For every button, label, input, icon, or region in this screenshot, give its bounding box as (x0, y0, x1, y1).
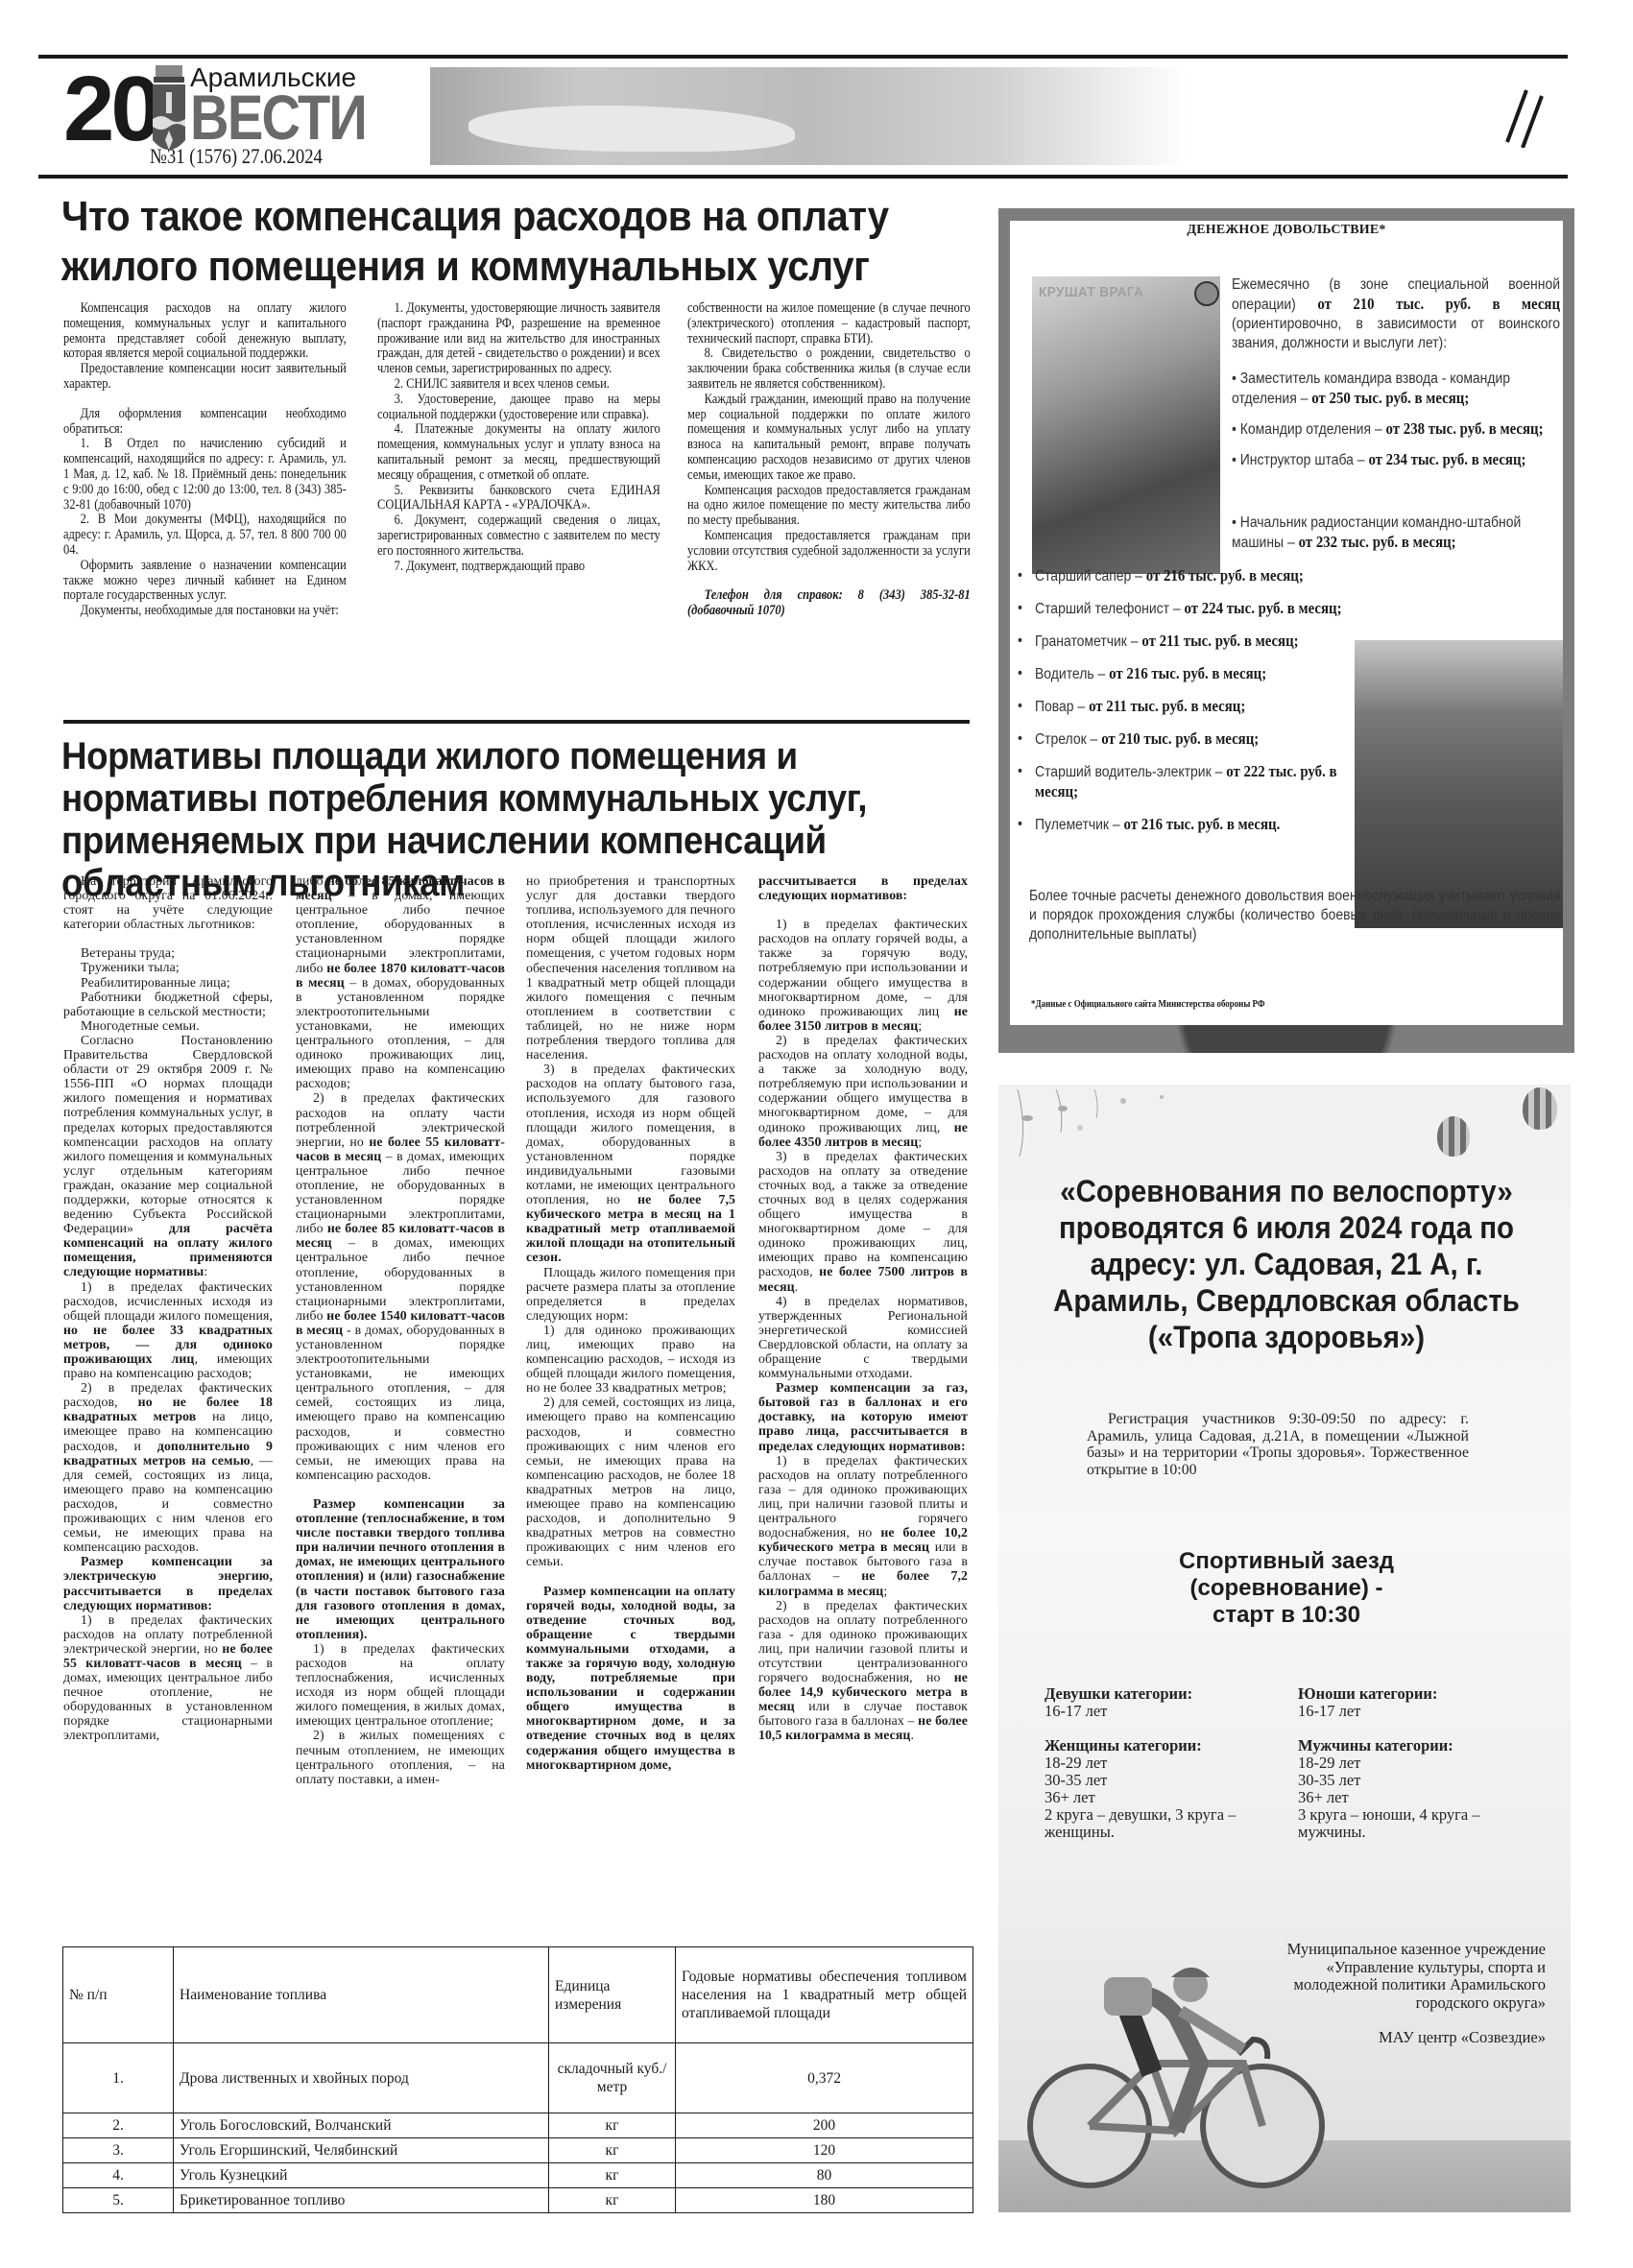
paragraph: 3. Удостоверение, дающее право на меры с… (377, 393, 660, 423)
article2-col1: На территории Арамильского городского ок… (63, 873, 273, 1743)
pay-item: Старший водитель-электрик – от 222 тыс. … (1018, 762, 1346, 802)
masthead-top-rule (38, 55, 1568, 59)
race-start-info: Спортивный заезд (соревнование) - старт … (1018, 1548, 1555, 1629)
section-divider (63, 720, 970, 724)
event-title: «Соревнования по велоспорту» проводятся … (1039, 1173, 1533, 1355)
phone-info: Телефон для справок: 8 (343) 385-32-81 (… (687, 588, 971, 619)
pay-item-radio-station: • Начальник радиостанции командно-штабно… (1232, 513, 1560, 553)
article1-col1: Компенсация расходов на оплату жилого по… (63, 301, 347, 619)
paragraph: 1. Документы, удостоверяющие личность за… (377, 301, 660, 377)
paragraph: 3) в пределах фактических расходов на оп… (758, 1149, 968, 1294)
category-item: Реабилитированные лица; (63, 975, 273, 990)
paragraph: Компенсация предоставляется гражданам пр… (687, 529, 971, 574)
paragraph: На территории Арамильского городского ок… (63, 873, 273, 931)
paragraph: 1) в пределах фактических расходов на оп… (63, 1612, 273, 1743)
paragraph: 1) в пределах фактических расходов на оп… (758, 1453, 968, 1598)
hot-air-balloon-icon (1437, 1116, 1470, 1157)
ad-footnote: *Данные с Официального сайта Министерств… (1031, 999, 1264, 1010)
article2-col3: но приобретения и транспортных услуг для… (526, 873, 735, 1772)
table-row: 5. Брикетированное топливо кг 180 (63, 2188, 973, 2213)
soldiers-photo (1032, 276, 1220, 574)
paragraph: Площадь жилого помещения при расчете раз… (526, 1265, 735, 1323)
table-header-row: № п/п Наименование топлива Единица измер… (63, 1947, 973, 2043)
pay-item: Повар – от 211 тыс. руб. в месяц; (1018, 697, 1346, 717)
masthead-bottom-rule (38, 175, 1568, 179)
paragraph: 1) для одиноко проживающих лиц, имеющих … (526, 1323, 735, 1395)
table-row: 2. Уголь Богословский, Волчанский кг 200 (63, 2113, 973, 2138)
paragraph: Для оформления компенсации необходимо об… (63, 407, 347, 438)
article2-col4: рассчитывается в пределах следующих норм… (758, 873, 968, 1743)
paragraph: 1) в пределах фактических расходов на оп… (296, 1641, 505, 1729)
pay-item: Водитель – от 216 тыс. руб. в месяц; (1018, 664, 1346, 684)
header-number: № п/п (63, 1947, 174, 2043)
paragraph: 5. Реквизиты банковского счета ЕДИНАЯ СО… (377, 484, 660, 514)
paper-name-main: ВЕСТИ (190, 88, 366, 146)
table-row: 4. Уголь Кузнецкий кг 80 (63, 2163, 973, 2188)
double-slash-icon (1505, 88, 1544, 148)
header-fuel-name: Наименование топлива (174, 1947, 549, 2043)
pay-item: Пулеметчик – от 216 тыс. руб. в месяц. (1018, 815, 1346, 835)
subheading: рассчитывается в пределах следующих норм… (758, 873, 968, 902)
subheading: Размер компенсации за электрическую энер… (63, 1554, 273, 1611)
paragraph: 4. Платежные документы на оплату жилого … (377, 422, 660, 483)
paragraph: 3) в пределах фактических расходов на оп… (526, 1062, 735, 1264)
paragraph: 4) в пределах нормативов, утвержденных Р… (758, 1294, 968, 1381)
article1-headline: Что такое компенсация расходов на оплату… (61, 192, 909, 292)
paragraph: 7. Документ, подтверждающий право (377, 560, 660, 575)
pay-item: • Инструктор штаба – от 234 тыс. руб. в … (1232, 450, 1556, 470)
paragraph: 2) в пределах фактических расходов, но н… (63, 1380, 273, 1554)
organizer-info: Муниципальное казенное учреждение «Управ… (1258, 1941, 1546, 2047)
paragraph: 2. В Мои документы (МФЦ), находящийся по… (63, 513, 347, 558)
paragraph: собственности на жилое помещение (в случ… (687, 301, 971, 346)
categories-male: Юноши категории: 16-17 лет Мужчины катег… (1298, 1685, 1538, 1841)
category-item: Ветераны труда; (63, 945, 273, 960)
category-item: Труженики тыла; (63, 960, 273, 974)
paragraph: 2. СНИЛС заявителя и всех членов семьи. (377, 377, 660, 393)
pay-item: Старший телефонист – от 224 тыс. руб. в … (1018, 599, 1346, 619)
paragraph: Документы, необходимые для постановки на… (63, 604, 347, 619)
fuel-norms-table: № п/п Наименование топлива Единица измер… (62, 1946, 973, 2213)
subheading: Размер компенсации на оплату горячей вод… (526, 1584, 735, 1772)
paragraph: 2) в пределах фактических расходов на оп… (296, 1090, 505, 1482)
article1-col2: 1. Документы, удостоверяющие личность за… (377, 301, 660, 574)
ad-note: Более точные расчеты денежного довольств… (1029, 887, 1561, 944)
flower-branches-icon (1008, 1089, 1238, 1157)
hot-air-balloon-icon (1523, 1087, 1557, 1130)
paragraph: 2) для семей, состоящих из лица, имеющег… (526, 1395, 735, 1568)
pay-item: Гранатометчик – от 211 тыс. руб. в месяц… (1018, 632, 1346, 652)
header-annual-norm: Годовые нормативы обеспечения топливом н… (676, 1947, 973, 2043)
soldier-photo (1355, 640, 1563, 928)
article1-col3: собственности на жилое помещение (в случ… (687, 301, 971, 619)
categories-female: Девушки категории: 16-17 лет Женщины кат… (1045, 1685, 1285, 1841)
subheading: Размер компенсации за отопление (теплосн… (296, 1496, 505, 1641)
table-row: 3. Уголь Егоршинский, Челябинский кг 120 (63, 2138, 973, 2163)
issue-number-date: №31 (1576) 27.06.2024 (150, 144, 323, 169)
paragraph: либо не более 85 киловатт-часов в месяц … (296, 873, 505, 1090)
pay-item: Старший сапер – от 216 тыс. руб. в месяц… (1018, 566, 1346, 586)
page-number: 20 (63, 63, 158, 155)
registration-info: Регистрация участников 9:30-09:50 по адр… (1087, 1411, 1469, 1478)
paragraph: 2) в пределах фактических расходов на оп… (758, 1598, 968, 1743)
paragraph: Предоставление компенсации носит заявите… (63, 362, 347, 393)
pay-item: • Командир отделения – от 238 тыс. руб. … (1232, 419, 1556, 440)
paragraph: Компенсация расходов на оплату жилого по… (63, 301, 347, 362)
paragraph: 1) в пределах фактических расходов на оп… (758, 917, 968, 1033)
paragraph: Согласно Постановлению Правительства Све… (63, 1033, 273, 1279)
paragraph: 1. В Отдел по начислению субсидий и комп… (63, 437, 347, 513)
pay-list-bottom: Старший сапер – от 216 тыс. руб. в месяц… (1018, 566, 1346, 848)
paragraph: 6. Документ, содержащий сведения о лицах… (377, 513, 660, 559)
ad-intro: Ежемесячно (в зоне специальной военной о… (1232, 275, 1560, 353)
photo-caption: КРУШАТ ВРАГА (1039, 284, 1143, 300)
subheading: Размер компенсации за газ, бытовой газ в… (758, 1380, 968, 1452)
pay-item: • Заместитель командира взвода - команди… (1232, 370, 1556, 409)
paragraph: 2) в пределах фактических расходов на оп… (758, 1033, 968, 1149)
article2-col2: либо не более 85 киловатт-часов в месяц … (296, 873, 505, 1786)
paragraph: но приобретения и транспортных услуг для… (526, 873, 735, 1062)
paragraph: 8. Свидетельство о рождении, свидетельст… (687, 346, 971, 392)
pay-list-top: • Заместитель командира взвода - команди… (1232, 370, 1556, 481)
category-item: Работники бюджетной сферы, работающие в … (63, 990, 273, 1018)
ad-title: ДЕНЕЖНОЕ ДОВОЛЬСТВИЕ* (1010, 223, 1563, 238)
paragraph: Компенсация расходов предоставляется гра… (687, 484, 971, 529)
pay-item: Стрелок – от 210 тыс. руб. в месяц; (1018, 729, 1346, 750)
paragraph: Каждый гражданин, имеющий право на получ… (687, 393, 971, 484)
category-item: Многодетные семьи. (63, 1018, 273, 1033)
paragraph: 1) в пределах фактических расходов, исчи… (63, 1279, 273, 1381)
header-landscape-photo (430, 67, 1189, 165)
table-row: 1. Дрова лиственных и хвойных пород скла… (63, 2043, 973, 2113)
header-unit: Единица измерения (549, 1947, 676, 2043)
paragraph: Оформить заявление о назначении компенса… (63, 559, 347, 604)
paragraph: 2) в жилых помещениях с печным отопление… (296, 1728, 505, 1785)
triangle-emblem-icon (1194, 281, 1219, 306)
